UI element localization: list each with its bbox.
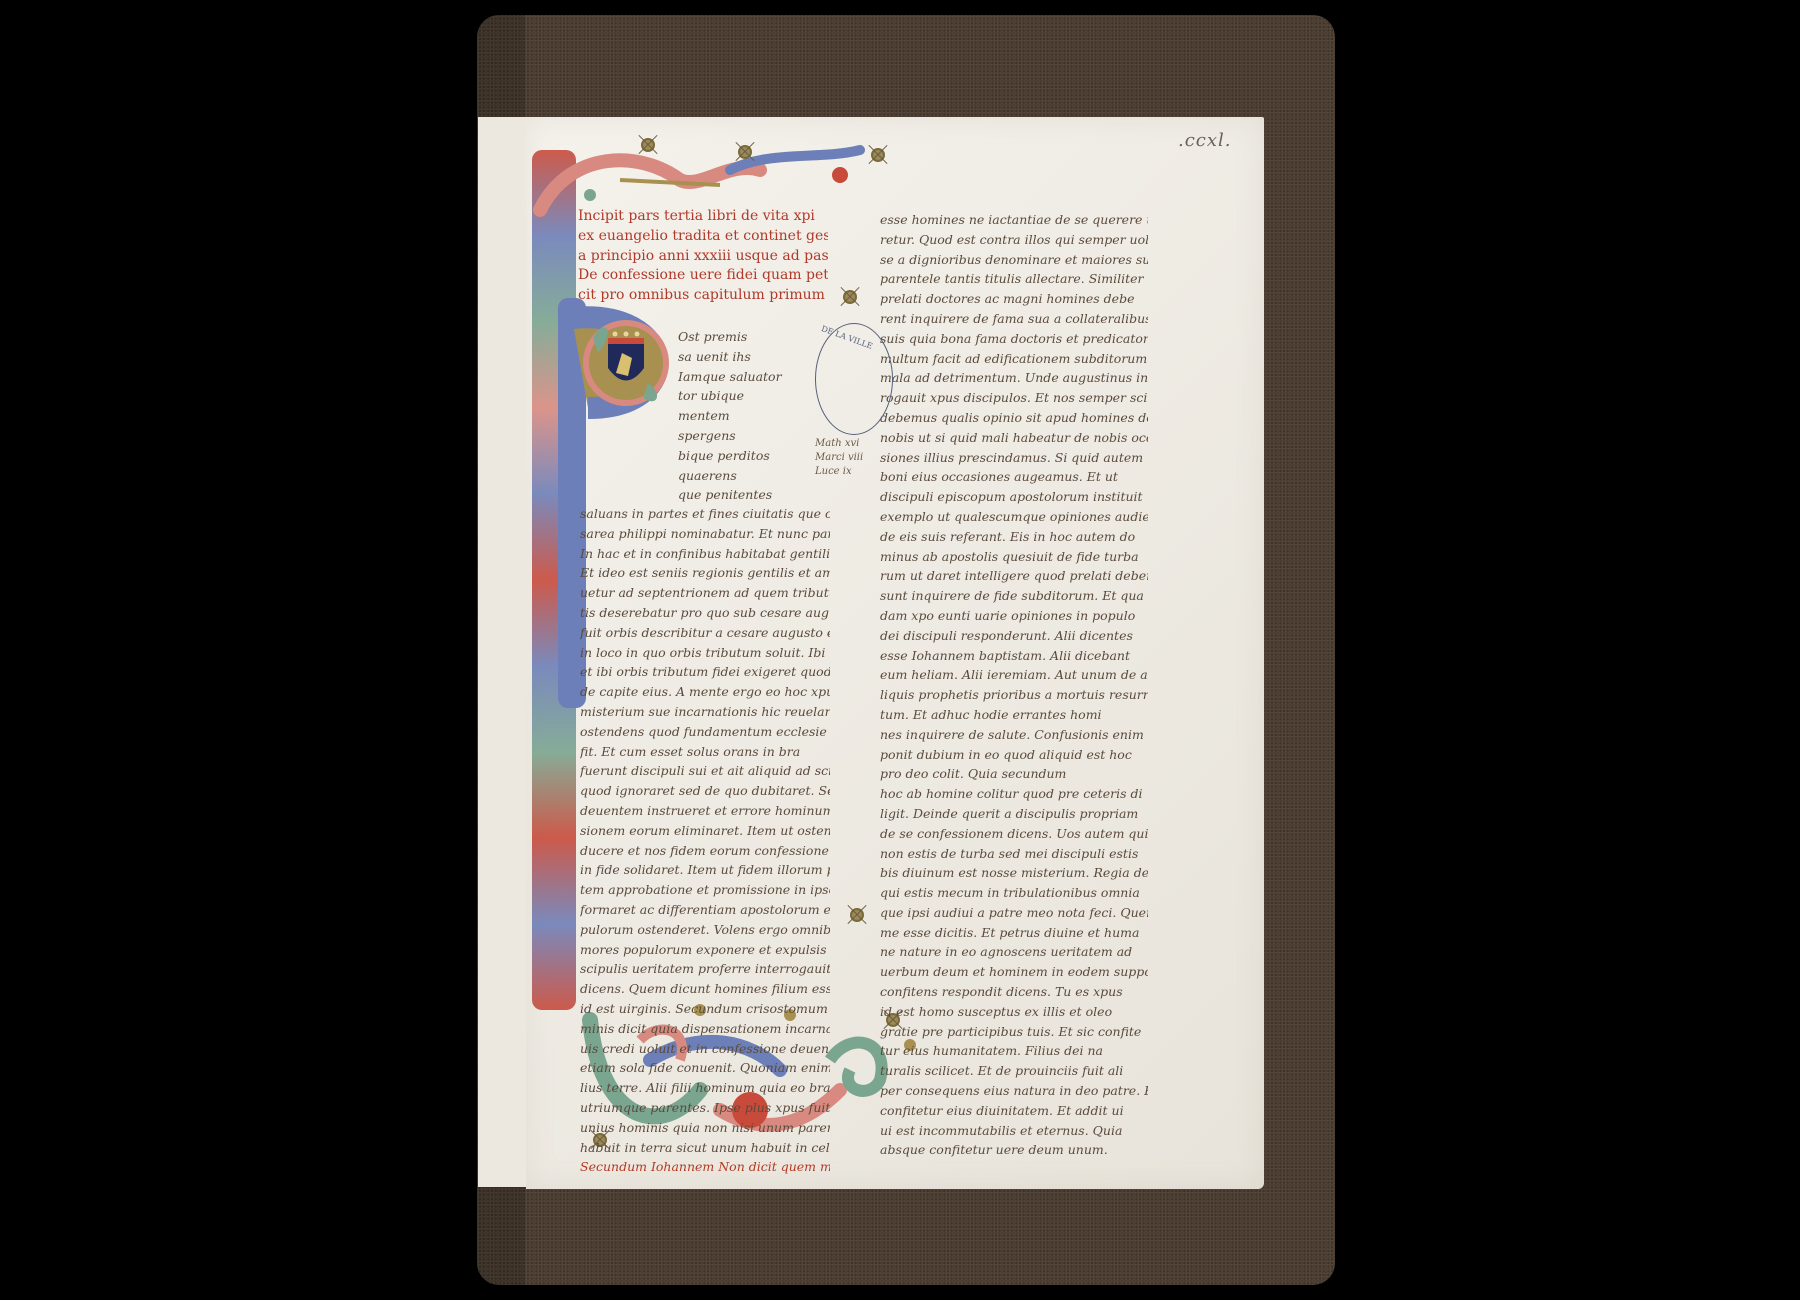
text-line: me esse dicitis. Et petrus diuine et hum… [880,923,1148,943]
text-line: tis deserebatur pro quo sub cesare augus… [580,603,830,623]
text-line: sarea philippi nominabatur. Et nunc pane… [580,524,830,544]
text-line: de se confessionem dicens. Uos autem qui [880,824,1148,844]
text-line: etiam sola fide conuenit. Quoniam enim f… [580,1058,830,1078]
text-line: debemus qualis opinio sit apud homines d… [880,408,1148,428]
text-line: lius terre. Alii filii hominum quia eo b… [580,1078,830,1098]
text-line: confitetur eius diuinitatem. Et addit ui [880,1101,1148,1121]
text-line: quod ignoraret sed de quo dubitaret. Sed… [580,781,830,801]
text-line: confitens respondit dicens. Tu es xpus [880,982,1148,1002]
text-line: rogauit xpus discipulos. Et nos semper s… [880,388,1148,408]
gold-dot-spray-icon [845,292,855,302]
text-line: sunt inquirere de fide subditorum. Et qu… [880,586,1148,606]
text-line: scipulis ueritatem proferre interrogauit… [580,959,830,979]
text-line: parentele tantis titulis allectare. Simi… [880,269,1148,289]
text-line: gratie pre participibus tuis. Et sic con… [880,1022,1148,1042]
text-line: sionem eorum eliminaret. Item ut ostende… [580,821,830,841]
text-line: liquis prophetis prioribus a mortuis res… [880,685,1148,705]
gold-dot-spray-icon [852,910,862,920]
text-line: formaret ac differentiam apostolorum et … [580,900,830,920]
text-line: habuit in terra sicut unum habuit in cel… [580,1138,830,1158]
text-line: mores populorum exponere et expulsis di [580,940,830,960]
text-line: suis quia bona fama doctoris et predicat… [880,329,1148,349]
rubric-line: Incipit pars tertia libri de vita xpi [578,206,828,226]
rubric-line: De confessione uere fidei quam petrus fe [578,265,828,285]
text-line: prelati doctores ac magni homines debe [880,289,1148,309]
text-line: pro deo colit. Quia secundum [880,764,1148,784]
text-line: que ipsi audiui a patre meo nota feci. Q… [880,903,1148,923]
text-line: ne nature in eo agnoscens ueritatem ad [880,942,1148,962]
text-line: id est uirginis. Secundum crisostomum fi… [580,999,830,1019]
text-line: Ost premis [678,327,828,347]
text-line: exemplo ut qualescumque opiniones audier… [880,507,1148,527]
text-line: pulorum ostenderet. Volens ergo omnibus [580,920,830,940]
text-line: tor ubique [678,386,828,406]
text-line: uerbum deum et hominem in eodem supposit… [880,962,1148,982]
text-line: unius hominis quia non nisi unum parente… [580,1118,830,1138]
text-line: dam xpo eunti uarie opiniones in populo [880,606,1148,626]
right-text-column: esse homines ne iactantiae de se querere… [880,210,1148,1160]
text-line: Iamque saluator [678,367,828,387]
rubric-line: a principio anni xxxiii usque ad passion… [578,246,828,266]
text-line: de eis suis referant. Eis in hoc autem d… [880,527,1148,547]
text-line: in fide solidaret. Item ut fidem illorum… [580,860,830,880]
text-line: bis diuinum est nosse misterium. Regia d… [880,863,1148,883]
text-line: fit. Et cum esset solus orans in bra [580,742,830,762]
text-line: misterium sue incarnationis hic reuelare… [580,702,830,722]
text-line: minis dicit quia dispensationem incarnat… [580,1019,830,1039]
text-line: turalis scilicet. Et de prouinciis fuit … [880,1061,1148,1081]
text-line: uetur ad septentrionem ad quem tributum … [580,583,830,603]
text-line: tem approbatione et promissione in ipsos… [580,880,830,900]
text-line: nobis ut si quid mali habeatur de nobis … [880,428,1148,448]
text-line: Et ideo est seniis regionis gentilis et … [580,563,830,583]
text-line: multum facit ad edificationem subditorum [880,349,1148,369]
text-line: dei discipuli responderunt. Alii dicente… [880,626,1148,646]
text-line: saluans in partes et fines ciuitatis que… [580,504,830,524]
text-line: de capite eius. A mente ergo eo hoc xpus [580,682,830,702]
text-line: se a dignioribus denominare et maiores s… [880,250,1148,270]
text-line: qui estis mecum in tribulationibus omnia [880,883,1148,903]
text-line: spergens [678,426,828,446]
rubric-heading: Incipit pars tertia libri de vita xpi ex… [578,206,828,305]
text-line: absque confitetur uere deum unum. [880,1140,1148,1160]
marginal-note-line: Math xvi [815,437,863,451]
marginal-note-line: Marci viii [815,451,863,465]
text-line: dicens. Quem dicunt homines filium esse … [580,979,830,999]
gold-dot-spray-icon [873,150,883,160]
text-line: mala ad detrimentum. Unde augustinus int… [880,368,1148,388]
text-line: minus ab apostolis quesiuit de fide turb… [880,547,1148,567]
gold-dot-spray-icon [740,147,750,157]
text-line: uis credi uoluit et in confessione deuen… [580,1039,830,1059]
gold-dot-spray-icon [643,140,653,150]
text-line: in loco in quo orbis tributum soluit. Ib… [580,643,830,663]
text-line: quaerens [678,466,828,486]
text-line: ponit dubium in eo quod aliquid est hoc [880,745,1148,765]
text-line: tur eius humanitatem. Filius dei na [880,1041,1148,1061]
text-line: utriumque parentes. Ipse plus xpus fuit … [580,1098,830,1118]
text-line: per consequens eius natura in deo patre.… [880,1081,1148,1101]
text-line: nes inquirere de salute. Confusionis eni… [880,725,1148,745]
marginal-note: Math xvi Marci viii Luce ix [815,437,863,479]
folio-number: .ccxl. [1178,130,1232,151]
text-line: rent inquirere de fama sua a collaterali… [880,309,1148,329]
marginal-note-line: Luce ix [815,465,863,479]
text-line: fuit orbis describitur a cesare augusto … [580,623,830,643]
text-line: esse Iohannem baptistam. Alii dicebant [880,646,1148,666]
binding-stub [478,117,528,1187]
text-line: siones illius prescindamus. Si quid aute… [880,448,1148,468]
text-line: non estis de turba sed mei discipuli est… [880,844,1148,864]
text-line: ostendens quod fundamentum ecclesie in f… [580,722,830,742]
text-line: ui est incommutabilis et eternus. Quia [880,1121,1148,1141]
text-line: boni eius occasiones augeamus. Et ut [880,467,1148,487]
text-line: id est homo susceptus ex illis et oleo [880,1002,1148,1022]
left-text-column: saluans in partes et fines ciuitatis que… [580,504,830,1177]
text-line: ligit. Deinde querit a discipulis propri… [880,804,1148,824]
text-line: retur. Quod est contra illos qui semper … [880,230,1148,250]
text-line: In hac et in confinibus habitabat gentil… [580,544,830,564]
text-line: mentem [678,406,828,426]
text-line: que penitentes [678,485,828,505]
text-line: fuerunt discipuli sui et ait aliquid ad … [580,761,830,781]
text-line: deuentem instrueret et errore hominum pe… [580,801,830,821]
text-line: sa uenit ihs [678,347,828,367]
text-line: ducere et nos fidem eorum confessione me… [580,841,830,861]
text-line: rum ut daret intelligere quod prelati de… [880,566,1148,586]
text-line: discipuli episcopum apostolorum institui… [880,487,1148,507]
text-line: bique perditos [678,446,828,466]
text-line: et ibi orbis tributum fidei exigeret quo… [580,662,830,682]
text-line: esse homines ne iactantiae de se querere… [880,210,1148,230]
text-beside-initial: Ost premis sa uenit ihs Iamque saluator … [678,327,828,505]
text-line: eum heliam. Alii ieremiam. Aut unum de a [880,665,1148,685]
text-line: hoc ab homine colitur quod pre ceteris d… [880,784,1148,804]
text-line: tum. Et adhuc hodie errantes homi [880,705,1148,725]
rubric-line: ex euangelio tradita et continet gesta e… [578,226,828,246]
rubric-line: cit pro omnibus capitulum primum .:. [578,285,828,305]
text-line: Secundum Iohannem Non dicit quem me dicu… [580,1157,830,1177]
